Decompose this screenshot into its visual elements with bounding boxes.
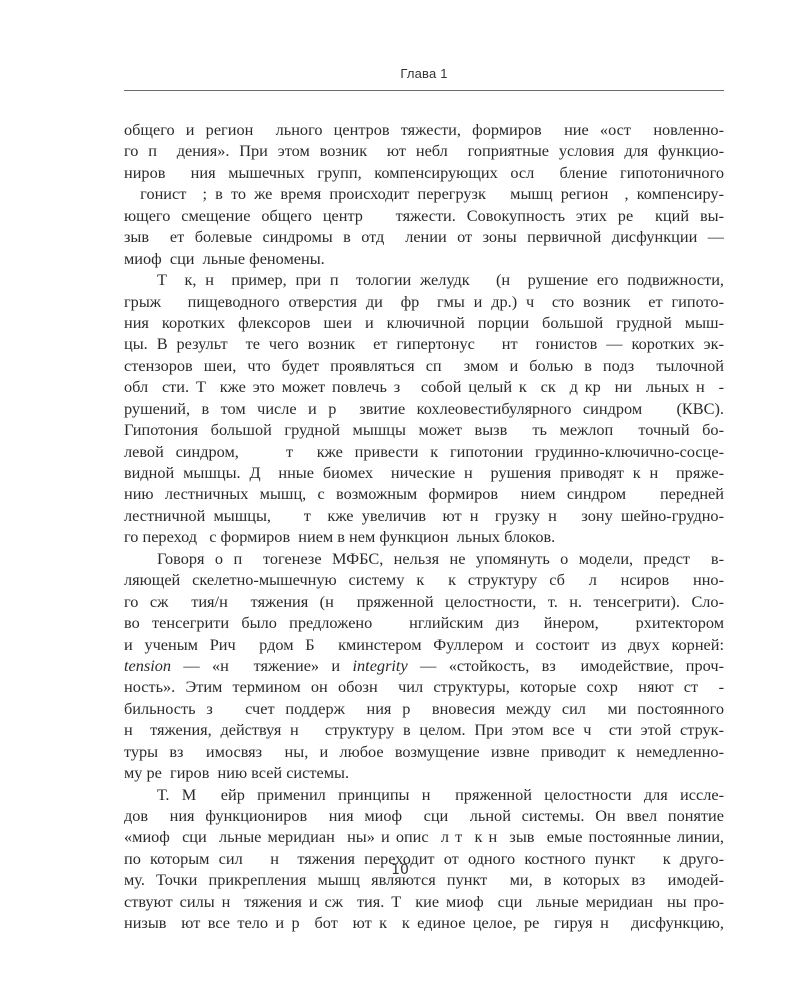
text-line: ниров ния мышечных групп, компенсирующих…: [124, 162, 724, 183]
text-line: лестничной мышцы, т кже увеличив ют н гр…: [124, 505, 724, 526]
paragraph: общего и регион льного центров тяжести, …: [124, 119, 724, 269]
text-line: Говоря о п тогенезе МФБС, нельзя не упом…: [124, 548, 724, 569]
text-line: зыв ет болевые синдромы в отд лении от з…: [124, 226, 724, 247]
text-line: Т. М ейр применил принципы н пряженной ц…: [124, 784, 724, 805]
text-line: во тенсегрити было предложено нглийским …: [124, 612, 724, 633]
text-line: дов ния функциониров ния миоф сци льной …: [124, 805, 724, 826]
paragraph: Т. М ейр применил принципы н пряженной ц…: [124, 784, 724, 934]
text-line: и ученым Рич рдом Б кминстером Фуллером …: [124, 634, 724, 655]
text-line: грыж пищеводного отверстия ди фр гмы и д…: [124, 291, 724, 312]
text-line: нию лестничных мышц, с возможным формиро…: [124, 483, 724, 504]
text-line: го п дения». При этом возник ют небл гоп…: [124, 140, 724, 161]
text-line: стензоров шеи, что будет проявляться сп …: [124, 355, 724, 376]
text-line: низыв ют все тело и р бот ют к к единое …: [124, 912, 724, 933]
text-line: му ре гиров нию всей системы.: [124, 762, 724, 783]
text-line: цы. В результ те чего возник ет гипертон…: [124, 333, 724, 354]
text-line: ствуют силы н тяжения и сж тия. Т кие ми…: [124, 891, 724, 912]
text-line: н тяжения, действуя н структуру в целом.…: [124, 719, 724, 740]
page-number: 10: [0, 862, 800, 878]
running-head-chapter: Глава 1: [124, 66, 724, 81]
text-line: го переход с формиров нием в нем функцио…: [124, 526, 724, 547]
text-line: рушений, в том числе и р звитие кохлеове…: [124, 398, 724, 419]
text-line: миоф сци льные феномены.: [124, 248, 724, 269]
body-text: общего и регион льного центров тяжести, …: [124, 119, 724, 934]
text-line: ляющей скелетно-мышечную систему к к стр…: [124, 569, 724, 590]
text-line: Гипотония большой грудной мышцы может вы…: [124, 419, 724, 440]
book-page: Глава 1 общего и регион льного центров т…: [0, 0, 800, 1000]
text-line: обл сти. Т кже это может повлечь з собой…: [124, 376, 724, 397]
text-line: tension — «н тяжение» и integrity — «сто…: [124, 655, 724, 676]
italic-term: integrity: [353, 656, 408, 675]
text-line: левой синдром, т кже привести к гипотони…: [124, 441, 724, 462]
text-line: «миоф сци льные меридиан ны» и опис л т …: [124, 826, 724, 847]
text-line: бильность з счет поддерж ния р вновесия …: [124, 698, 724, 719]
text-line: гонист ; в то же время происходит перегр…: [124, 183, 724, 204]
header-rule: [124, 90, 724, 91]
text-line: туры вз имосвяз ны, и любое возмущение и…: [124, 741, 724, 762]
text-line: го сж тия/н тяжения (н пряженной целостн…: [124, 591, 724, 612]
text-line: ность». Этим термином он обозн чил струк…: [124, 676, 724, 697]
italic-term: tension: [124, 656, 171, 675]
text-line: ния коротких флексоров шеи и ключичной п…: [124, 312, 724, 333]
paragraph: Т к, н пример, при п тологии желудк (н р…: [124, 269, 724, 548]
text-line: общего и регион льного центров тяжести, …: [124, 119, 724, 140]
text-line: Т к, н пример, при п тологии желудк (н р…: [124, 269, 724, 290]
text-line: видной мышцы. Д нные биомех нические н р…: [124, 462, 724, 483]
text-line: ющего смещение общего центр тяжести. Сов…: [124, 205, 724, 226]
paragraph: Говоря о п тогенезе МФБС, нельзя не упом…: [124, 548, 724, 784]
